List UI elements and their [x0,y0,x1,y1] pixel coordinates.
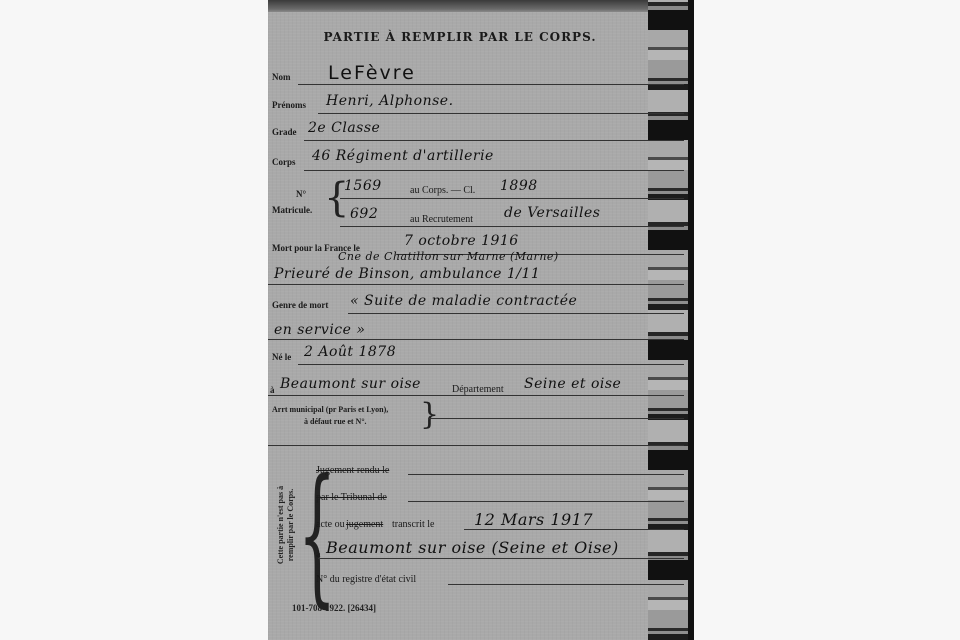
acte-label-strike: jugement [346,519,383,530]
registre-label: N° du registre d'état civil [316,574,416,585]
matricule-corps-rule [340,198,684,199]
mort-date: 7 octobre 1916 [404,233,519,249]
matricule-no-label: N° [296,189,306,199]
genre-de-mort-line2: en service » [274,322,365,338]
naissance-date: 2 Août 1878 [304,344,396,360]
corps-rule [304,170,684,171]
matricule-corps-number: 1569 [344,178,382,194]
matricule-recrutement-place: de Versailles [504,205,600,221]
naissance-place: Beaumont sur oise [280,376,421,392]
genre-de-mort-rule [348,313,684,314]
scan-right-edge [648,0,694,640]
transcrit-rule [464,529,684,530]
grade-rule [304,140,684,141]
naissance-label: Né le [272,352,291,362]
grade-value: 2e Classe [308,120,380,136]
nom-value: LeFèvre [328,62,416,84]
arrondissement-label-line2: à défaut rue et N°. [304,417,367,426]
registre-rule [448,584,684,585]
transcrit-date: 12 Mars 1917 [474,510,593,529]
prenoms-rule [318,113,684,114]
matricule-recrutement-rule [340,226,684,227]
mort-place-line2: Prieuré de Binson, ambulance 1/11 [274,266,540,282]
genre-de-mort-line1: « Suite de maladie contractée [350,293,577,309]
prenoms-value: Henri, Alphonse. [326,93,454,109]
scanned-record-card: PARTIE À REMPLIR PAR LE CORPS. Nom LeFèv… [268,0,694,640]
corps-value: 46 Régiment d'artillerie [312,148,494,164]
section-divider-rule [268,445,684,446]
matricule-label: Matricule. [272,205,312,215]
corps-label: Corps [272,157,296,167]
scan-top-border [268,0,694,12]
print-code: 101-708-1922. [26434] [292,603,376,613]
nom-rule [298,84,684,85]
tribunal-rule [408,501,684,502]
jugement-rendu-rule [408,474,684,475]
departement-value: Seine et oise [524,376,621,392]
matricule-corps-label: au Corps. — Cl. [410,185,475,196]
naissance-place-prefix: à [270,385,275,395]
matricule-classe: 1898 [500,178,538,194]
acte-label-b: transcrit le [392,519,434,530]
genre-de-mort-label: Genre de mort [272,300,328,310]
jugement-brace: { [298,460,336,610]
side-note-vertical: Cette partie n'est pas à remplir par le … [276,475,296,575]
arrondissement-label-line1: Arrt municipal (pr Paris et Lyon), [272,405,388,414]
naissance-rule [298,364,684,365]
matricule-recrutement-label: au Recrutement [410,214,473,225]
matricule-recrutement-number: 692 [350,206,378,222]
acte-label-a: acte ou [316,519,345,530]
nom-label: Nom [272,72,291,82]
naissance-place-rule [268,395,684,396]
mort-place-rule [268,284,684,285]
genre-de-mort-rule-2 [268,339,684,340]
transcrit-place-rule [318,558,684,559]
transcrit-place: Beaumont sur oise (Seine et Oise) [326,538,619,557]
jugement-rendu-label: Jugement rendu le [316,465,389,476]
tribunal-label: par le Tribunal de [316,492,387,503]
prenoms-label: Prénoms [272,100,306,110]
arrondissement-brace: } [420,400,439,430]
departement-label: Département [452,384,504,395]
grade-label: Grade [272,127,297,137]
arrondissement-rule [428,418,684,419]
form-header: PARTIE À REMPLIR PAR LE CORPS. [268,30,652,44]
mort-place-line1: Cne de Chatillon sur Marne (Marne) [338,250,559,263]
